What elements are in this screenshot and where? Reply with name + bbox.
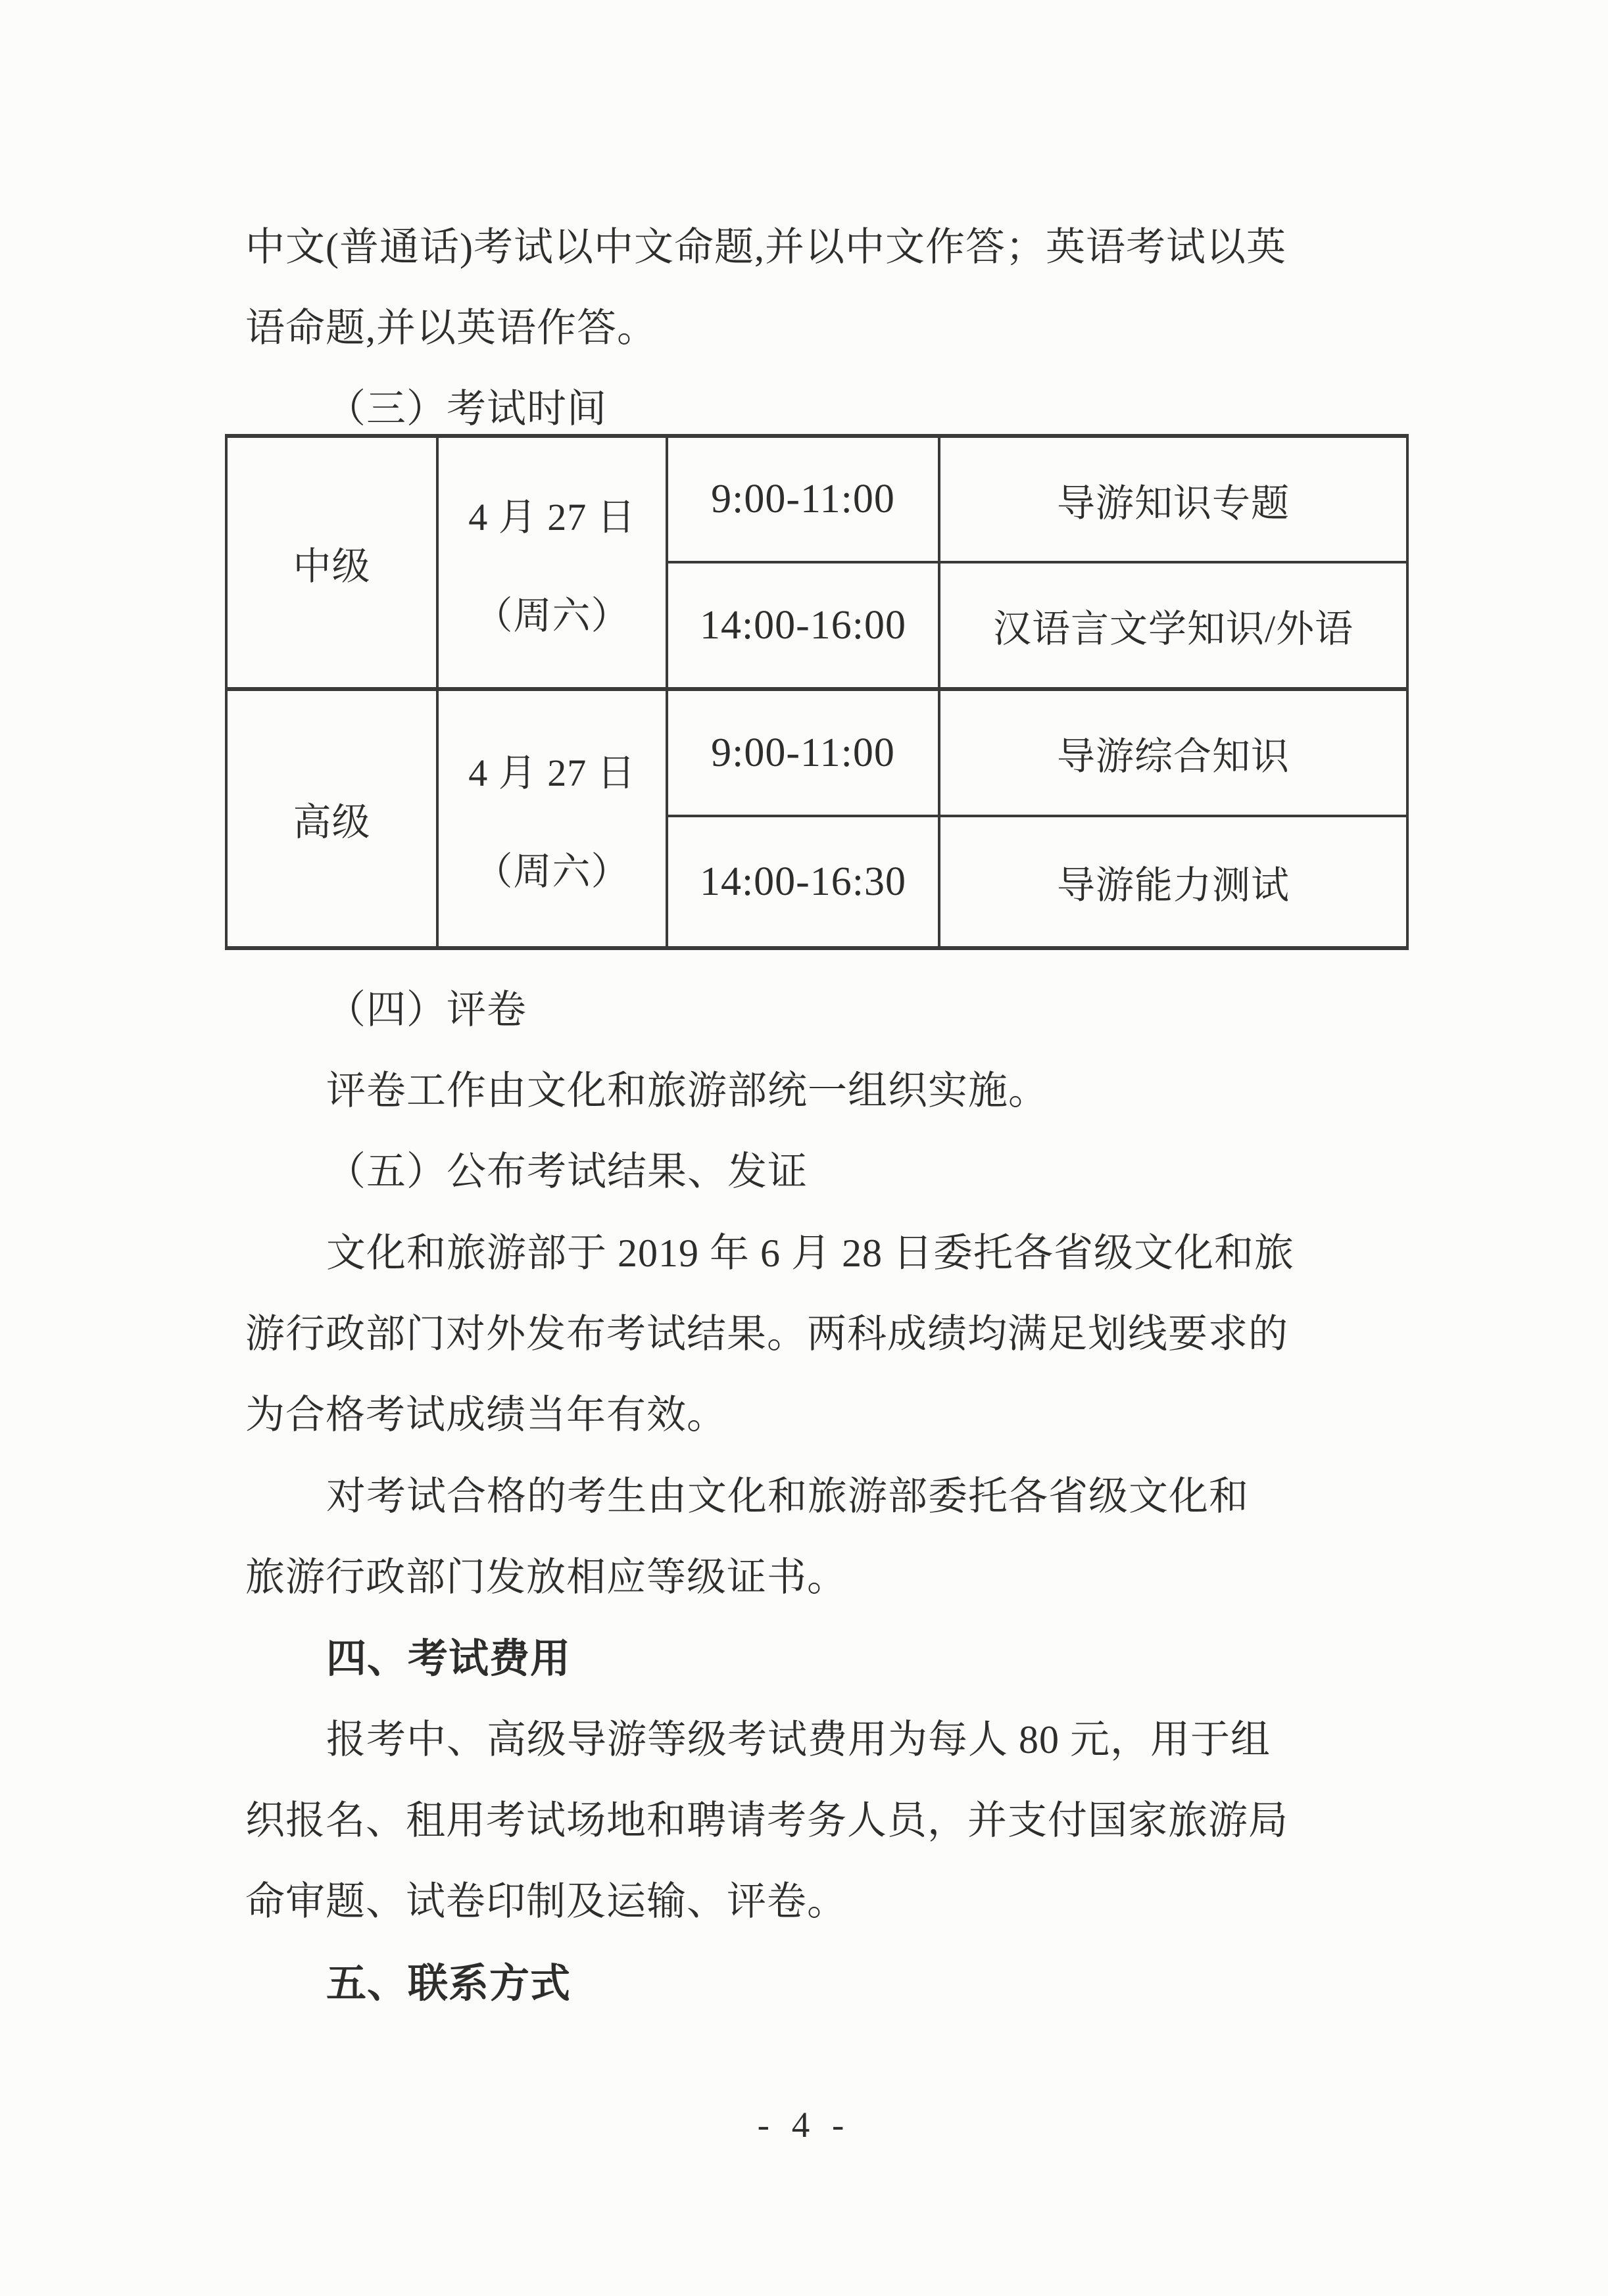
part-5-heading: 五、联系方式 xyxy=(326,1957,571,2009)
section-4-body: 评卷工作由文化和旅游部统一组织实施。 xyxy=(326,1065,1048,1116)
table-cell-subject-high-afternoon: 导游能力测试 xyxy=(940,817,1406,946)
table-cell-subject-mid-morning: 导游知识专题 xyxy=(940,438,1406,563)
table-cell-level-intermediate: 中级 xyxy=(228,438,439,691)
intro-line-1: 中文(普通话)考试以中文命题,并以中文作答；英语考试以英 xyxy=(245,222,1286,273)
page-number: - 4 - xyxy=(0,2104,1608,2145)
fees-line-3: 命审题、试卷印制及运输、评卷。 xyxy=(245,1876,847,1927)
fees-line-2: 织报名、租用考试场地和聘请考务人员，并支付国家旅游局 xyxy=(245,1795,1288,1846)
date-text-line-1: 4 月 27 日 xyxy=(468,486,636,541)
table-cell-level-advanced: 高级 xyxy=(228,691,439,946)
table-cell-subject-mid-afternoon: 汉语言文学知识/外语 xyxy=(940,563,1406,691)
section-5-heading: （五）公布考试结果、发证 xyxy=(326,1146,808,1197)
intro-line-2: 语命题,并以英语作答。 xyxy=(245,302,657,354)
table-cell-time-high-afternoon: 14:00-16:30 xyxy=(668,817,940,946)
table-cell-date-advanced: 4 月 27 日 （周六） xyxy=(439,691,668,946)
results-para2-line-1: 对考试合格的考生由文化和旅游部委托各省级文化和 xyxy=(326,1471,1249,1522)
table-cell-date-intermediate: 4 月 27 日 （周六） xyxy=(439,438,668,691)
table-cell-time-mid-afternoon: 14:00-16:00 xyxy=(668,563,940,691)
date-text-line-2: （周六） xyxy=(474,585,629,640)
date-text-line-1: 4 月 27 日 xyxy=(468,742,636,797)
table-cell-time-high-morning: 9:00-11:00 xyxy=(668,691,940,817)
section-3-heading: （三）考试时间 xyxy=(326,383,607,435)
exam-schedule-table: 中级 4 月 27 日 （周六） 9:00-11:00 导游知识专题 14:00… xyxy=(225,434,1409,950)
part-4-heading: 四、考试费用 xyxy=(326,1633,571,1684)
results-para1-line-2: 游行政部门对外发布考试结果。两科成绩均满足划线要求的 xyxy=(245,1308,1288,1360)
table-cell-time-mid-morning: 9:00-11:00 xyxy=(668,438,940,563)
date-text-line-2: （周六） xyxy=(474,840,629,896)
table-cell-subject-high-morning: 导游综合知识 xyxy=(940,691,1406,817)
results-para1-line-3: 为合格考试成绩当年有效。 xyxy=(245,1389,727,1441)
results-para1-line-1: 文化和旅游部于 2019 年 6 月 28 日委托各省级文化和旅 xyxy=(326,1228,1294,1279)
results-para2-line-2: 旅游行政部门发放相应等级证书。 xyxy=(245,1552,847,1603)
fees-line-1: 报考中、高级导游等级考试费用为每人 80 元，用于组 xyxy=(326,1714,1271,1765)
section-4-heading: （四）评卷 xyxy=(326,984,527,1036)
document-page: 中文(普通话)考试以中文命题,并以中文作答；英语考试以英 语命题,并以英语作答。… xyxy=(0,0,1608,2296)
